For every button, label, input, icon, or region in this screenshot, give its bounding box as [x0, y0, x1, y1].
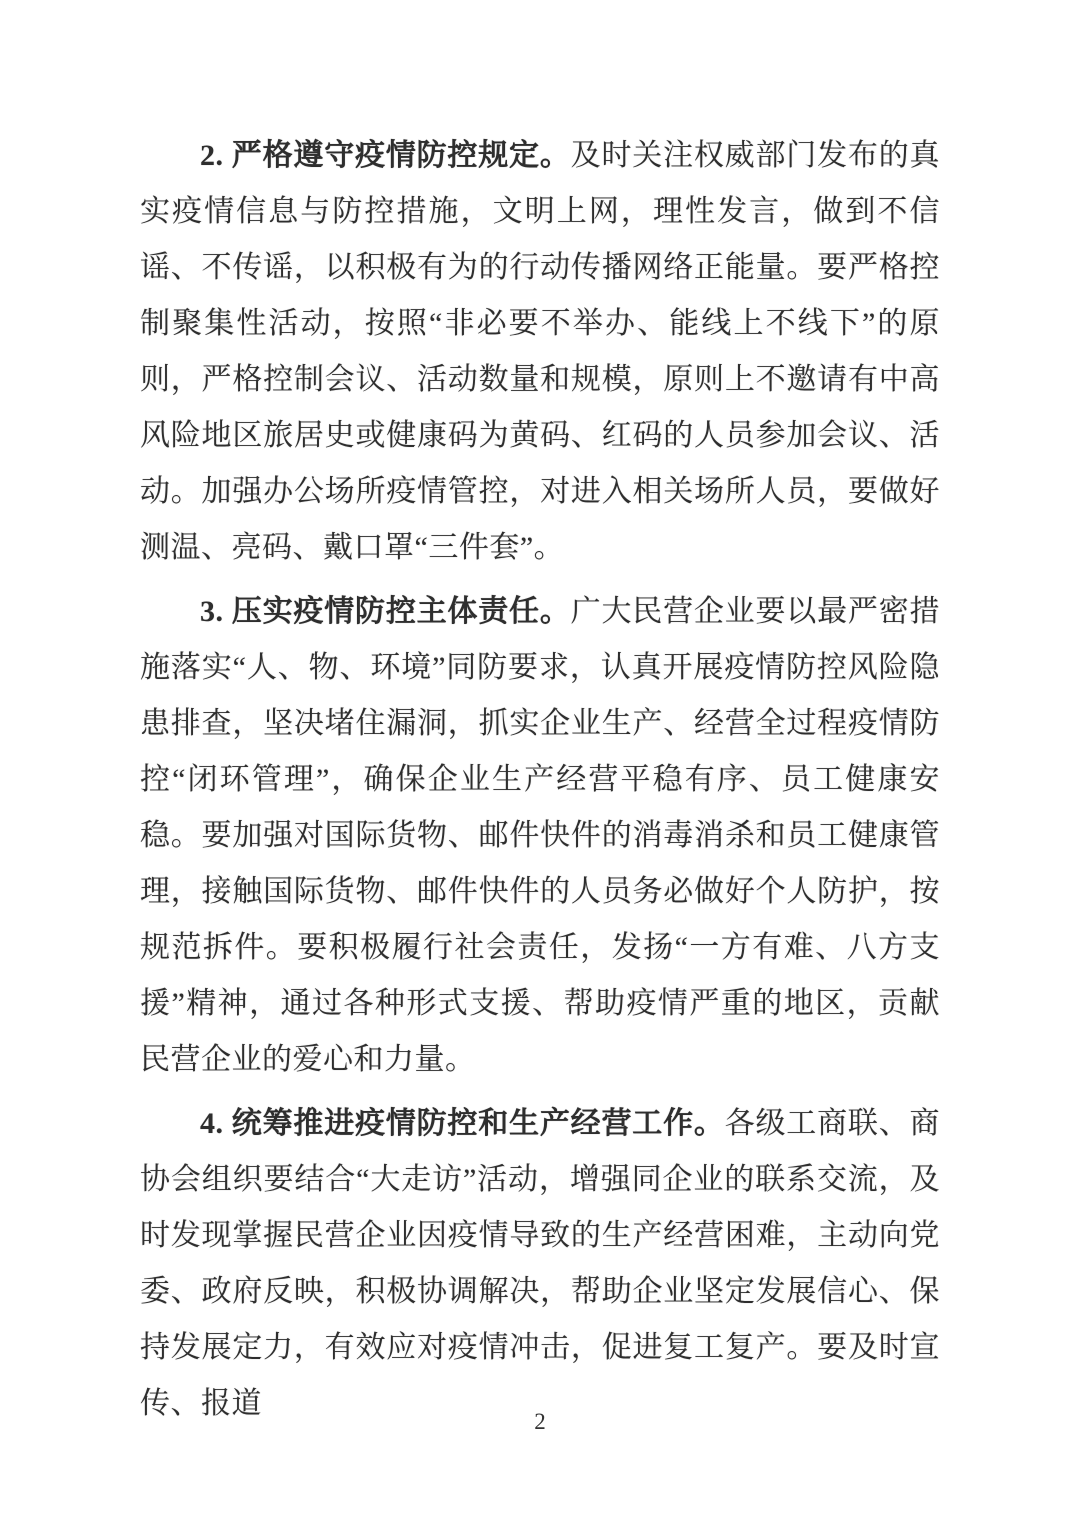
- paragraph-text: 及时关注权威部门发布的真实疫情信息与防控措施，文明上网，理性发言，做到不信谣、不…: [140, 139, 940, 564]
- page-number: 2: [0, 1405, 1080, 1439]
- paragraph-heading: 4. 统筹推进疫情防控和生产经营工作。: [200, 1107, 725, 1140]
- paragraph-heading: 2. 严格遵守疫情防控规定。: [200, 139, 571, 172]
- paragraph-text: 各级工商联、商协会组织要结合“大走访”活动，增强同企业的联系交流，及时发现掌握民…: [140, 1107, 940, 1420]
- paragraph-text: 广大民营企业要以最严密措施落实“人、物、环境”同防要求，认真开展疫情防控风险隐患…: [140, 595, 940, 1076]
- paragraph: 2. 严格遵守疫情防控规定。及时关注权威部门发布的真实疫情信息与防控措施，文明上…: [140, 128, 940, 576]
- paragraph: 3. 压实疫情防控主体责任。广大民营企业要以最严密措施落实“人、物、环境”同防要…: [140, 584, 940, 1088]
- paragraph-heading: 3. 压实疫情防控主体责任。: [200, 595, 571, 628]
- document-body: 2. 严格遵守疫情防控规定。及时关注权威部门发布的真实疫情信息与防控措施，文明上…: [140, 128, 940, 1432]
- paragraph: 4. 统筹推进疫情防控和生产经营工作。各级工商联、商协会组织要结合“大走访”活动…: [140, 1096, 940, 1432]
- document-page: 2. 严格遵守疫情防控规定。及时关注权威部门发布的真实疫情信息与防控措施，文明上…: [0, 0, 1080, 1527]
